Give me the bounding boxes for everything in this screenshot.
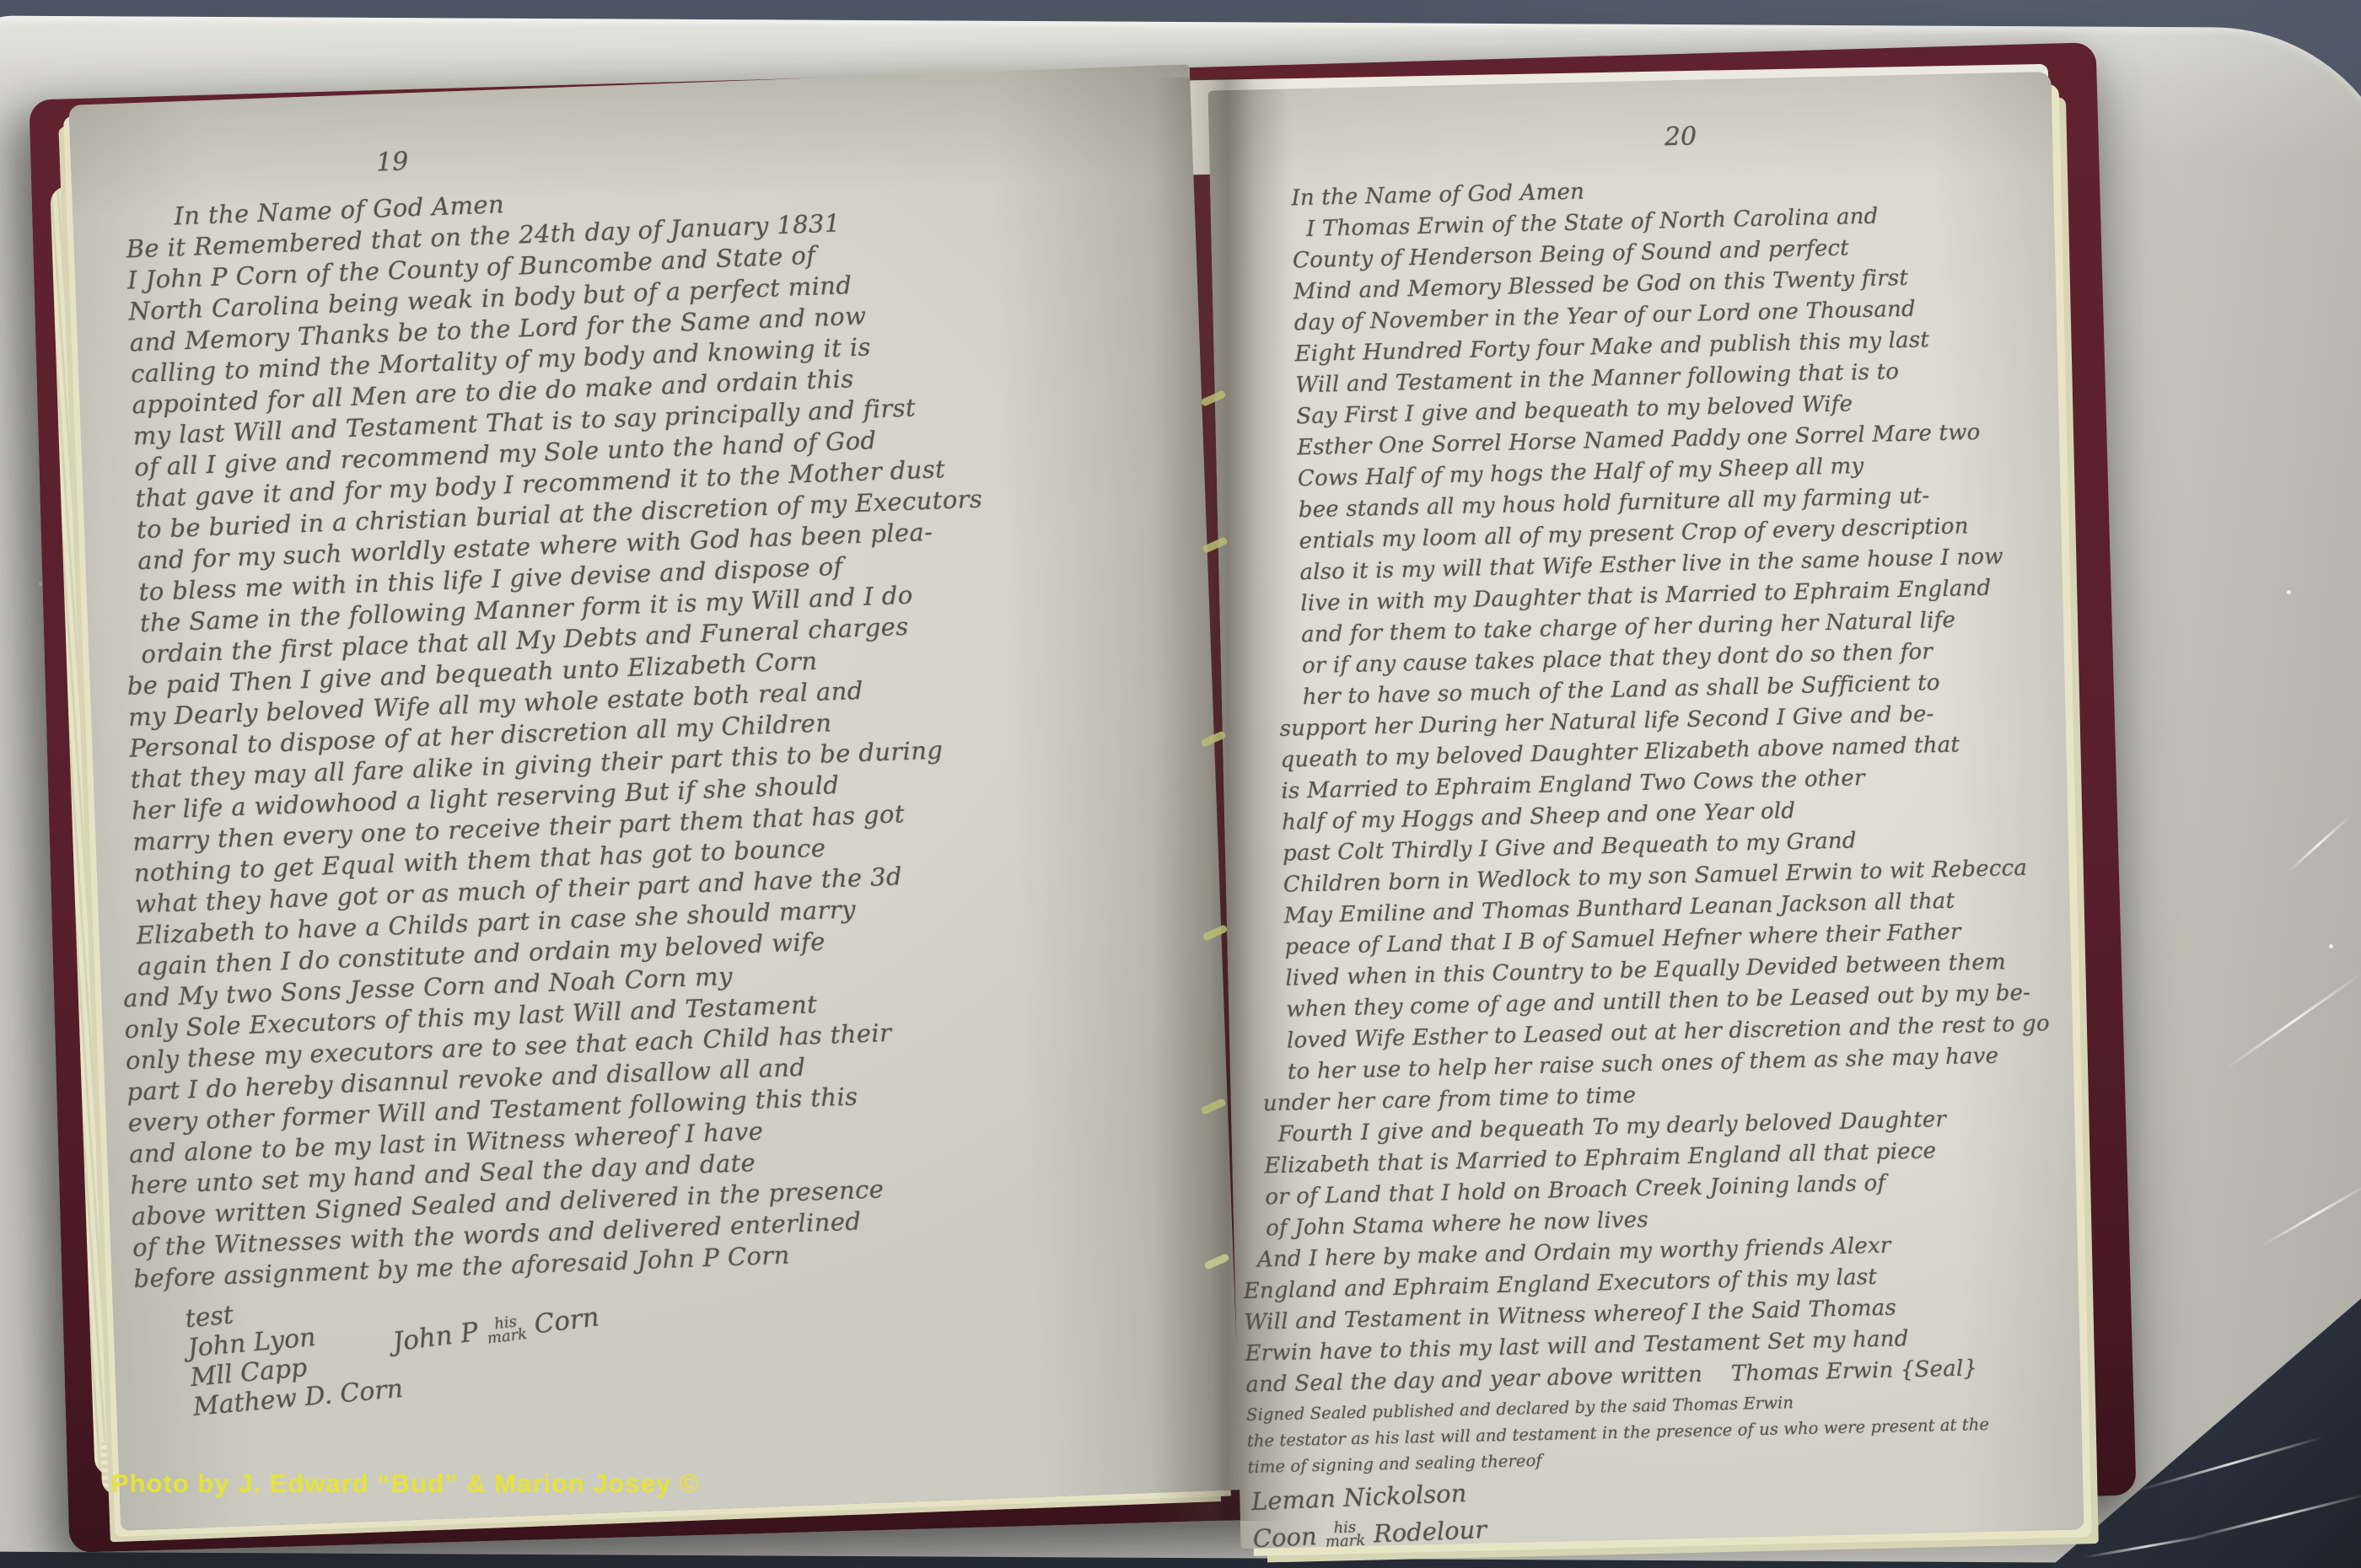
left-page-text: In the Name of God AmenBe it Remembered …	[125, 164, 1218, 1294]
page-right: 20 In the Name of God Amen I Thomas Erwi…	[1208, 72, 2084, 1549]
table-speck	[2329, 944, 2333, 948]
page-number-right: 20	[1664, 121, 1697, 152]
testator-signature: John PhismarkCorn	[391, 1302, 601, 1357]
testator-first-name: John P	[391, 1317, 480, 1357]
left-witness-list: John LyonMll CappMathew D. Corn	[186, 1315, 404, 1422]
his-mark-label: hismark	[485, 1314, 528, 1346]
attestation-clause: Signed Sealed published and declared by …	[1246, 1385, 1990, 1480]
right-witness-block: Leman Nickolson CoonhismarkRodelour	[1250, 1474, 1487, 1557]
table-speck	[2287, 590, 2291, 594]
witness-last-name: Rodelour	[1373, 1511, 1487, 1552]
his-mark-label: hismark	[1325, 1521, 1366, 1549]
left-witness-block: test John LyonMll CappMathew D. Corn	[184, 1286, 404, 1422]
page-number-left: 19	[376, 147, 409, 177]
testator-last-name: Corn	[532, 1302, 600, 1340]
page-left: 19 In the Name of God AmenBe it Remember…	[68, 64, 1241, 1531]
photographer-watermark: Photo by J. Edward “Bud” & Marion Josey …	[111, 1469, 700, 1499]
witness-first-name: Coon	[1252, 1517, 1318, 1557]
right-page-text: In the Name of God Amen I Thomas Erwin o…	[1291, 166, 2071, 1399]
